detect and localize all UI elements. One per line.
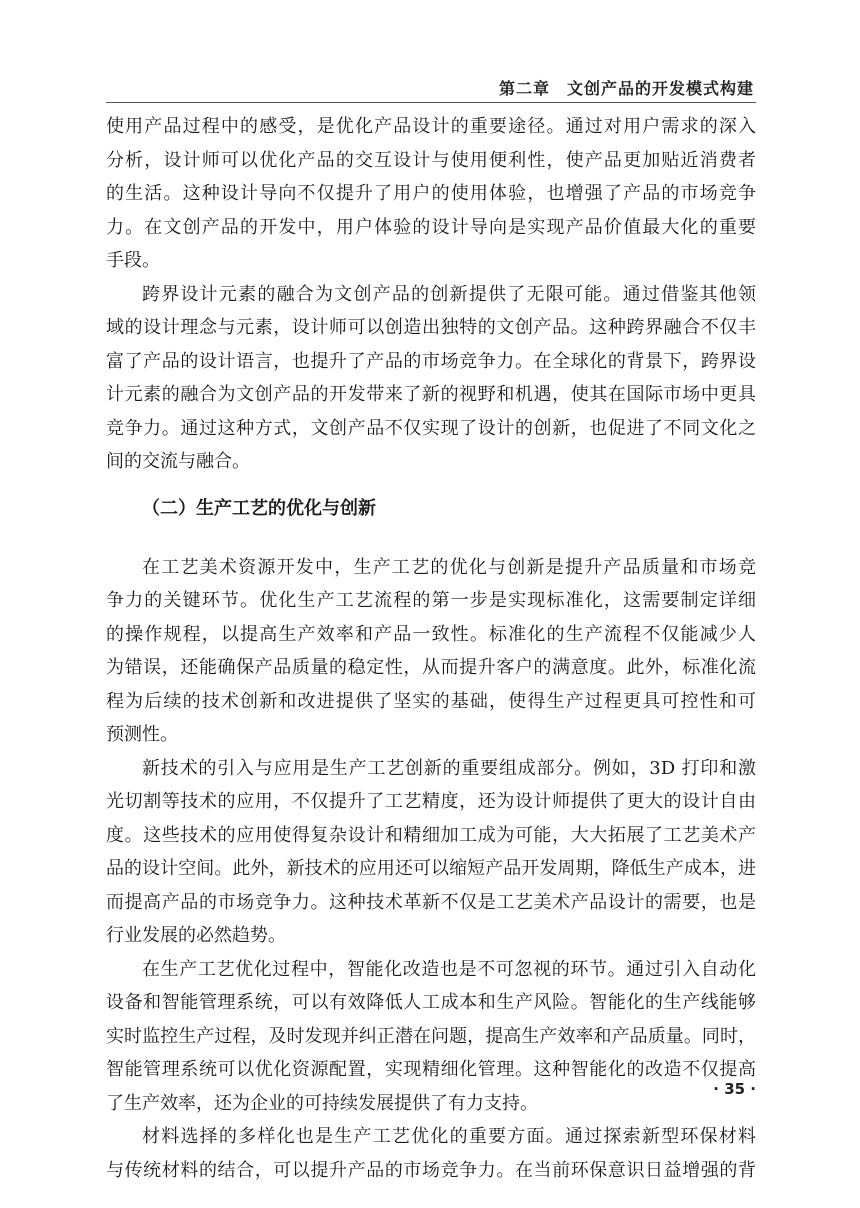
text-line: 争力的关键环节。优化生产工艺流程的第一步是实现标准化，这需要制定详细 <box>106 584 756 618</box>
paragraph: 使用产品过程中的感受，是优化产品设计的重要途径。通过对用户需求的深入 分析，设计… <box>106 110 756 278</box>
text-line: 程为后续的技术创新和改进提供了坚实的基础，使得生产过程更具可控性和可 <box>106 685 756 719</box>
text-line: 预测性。 <box>106 718 756 752</box>
paragraph: 新技术的引入与应用是生产工艺创新的重要组成部分。例如，3D 打印和激 光切割等技… <box>106 752 756 953</box>
text-line: 跨界设计元素的融合为文创产品的创新提供了无限可能。通过借鉴其他领 <box>106 278 756 312</box>
text-line: 材料选择的多样化也是生产工艺优化的重要方面。通过探索新型环保材料 <box>106 1120 756 1154</box>
text-line: 竞争力。通过这种方式，文创产品不仅实现了设计的创新，也促进了不同文化之 <box>106 412 756 446</box>
text-line: 手段。 <box>106 244 756 278</box>
text-line: 使用产品过程中的感受，是优化产品设计的重要途径。通过对用户需求的深入 <box>106 110 756 144</box>
text-line: 智能管理系统可以优化资源配置，实现精细化管理。这种智能化的改造不仅提高 <box>106 1053 756 1087</box>
text-line: 富了产品的设计语言，也提升了产品的市场竞争力。在全球化的背景下，跨界设 <box>106 345 756 379</box>
text-line: 在工艺美术资源开发中，生产工艺的优化与创新是提升产品质量和市场竞 <box>106 551 756 585</box>
page-body: 使用产品过程中的感受，是优化产品设计的重要途径。通过对用户需求的深入 分析，设计… <box>106 110 756 1187</box>
text-line: 设备和智能管理系统，可以有效降低人工成本和生产风险。智能化的生产线能够 <box>106 986 756 1020</box>
text-line: 行业发展的必然趋势。 <box>106 919 756 953</box>
paragraph: 材料选择的多样化也是生产工艺优化的重要方面。通过探索新型环保材料 与传统材料的结… <box>106 1120 756 1187</box>
text-line: 品的设计空间。此外，新技术的应用还可以缩短产品开发周期，降低生产成本，进 <box>106 852 756 886</box>
text-line: 的操作规程，以提高生产效率和产品一致性。标准化的生产流程不仅能减少人 <box>106 618 756 652</box>
text-line: 光切割等技术的应用，不仅提升了工艺精度，还为设计师提供了更大的设计自由 <box>106 785 756 819</box>
text-line: 实时监控生产过程，及时发现并纠正潜在问题，提高生产效率和产品质量。同时， <box>106 1020 756 1054</box>
paragraph: 在工艺美术资源开发中，生产工艺的优化与创新是提升产品质量和市场竞 争力的关键环节… <box>106 551 756 752</box>
chapter-title: 第二章 文创产品的开发模式构建 <box>499 76 754 99</box>
text-line: 与传统材料的结合，可以提升产品的市场竞争力。在当前环保意识日益增强的背 <box>106 1154 756 1188</box>
text-line: 的生活。这种设计导向不仅提升了用户的使用体验，也增强了产品的市场竞争 <box>106 177 756 211</box>
text-line: 计元素的融合为文创产品的开发带来了新的视野和机遇，使其在国际市场中更具 <box>106 378 756 412</box>
paragraph: 在生产工艺优化过程中，智能化改造也是不可忽视的环节。通过引入自动化 设备和智能管… <box>106 953 756 1121</box>
text-line: 分析，设计师可以优化产品的交互设计与使用便利性，使产品更加贴近消费者 <box>106 144 756 178</box>
text-line: 为错误，还能确保产品质量的稳定性，从而提升客户的满意度。此外，标准化流 <box>106 651 756 685</box>
running-header: 第二章 文创产品的开发模式构建 <box>106 74 756 103</box>
text-line: 域的设计理念与元素，设计师可以创造出独特的文创产品。这种跨界融合不仅丰 <box>106 311 756 345</box>
page-number: · 35 · <box>713 1080 756 1098</box>
text-line: 间的交流与融合。 <box>106 445 756 479</box>
paragraph: 跨界设计元素的融合为文创产品的创新提供了无限可能。通过借鉴其他领 域的设计理念与… <box>106 278 756 479</box>
section-heading: （二）生产工艺的优化与创新 <box>106 491 756 527</box>
text-line: 力。在文创产品的开发中，用户体验的设计导向是实现产品价值最大化的重要 <box>106 211 756 245</box>
text-line: 新技术的引入与应用是生产工艺创新的重要组成部分。例如，3D 打印和激 <box>106 752 756 786</box>
text-line: 在生产工艺优化过程中，智能化改造也是不可忽视的环节。通过引入自动化 <box>106 953 756 987</box>
text-line: 度。这些技术的应用使得复杂设计和精细加工成为可能，大大拓展了工艺美术产 <box>106 819 756 853</box>
text-line: 而提高产品的市场竞争力。这种技术革新不仅是工艺美术产品设计的需要，也是 <box>106 886 756 920</box>
text-line: 了生产效率，还为企业的可持续发展提供了有力支持。 <box>106 1087 756 1121</box>
